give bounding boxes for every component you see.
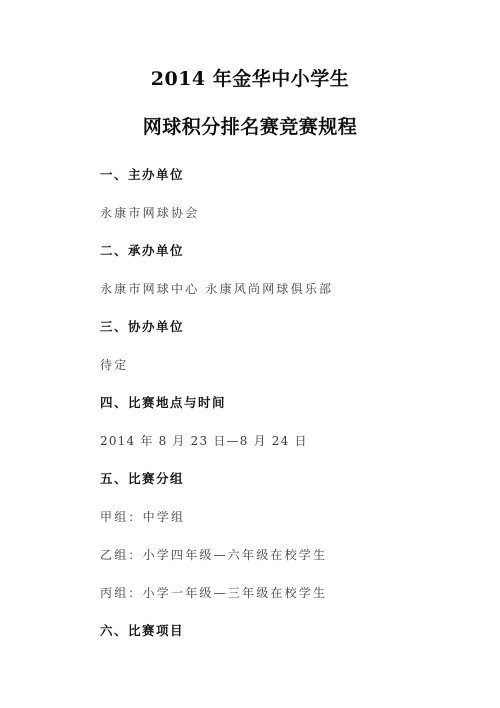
section-text-group-b: 乙组：小学四年级—六年级在校学生 [100, 547, 327, 563]
document-page: 2014 年金华中小学生 网球积分排名赛竞赛规程 一、主办单位 永康市网球协会 … [0, 0, 500, 708]
document-title-line2: 网球积分排名赛竞赛规程 [0, 115, 500, 139]
document-title-line1: 2014 年金华中小学生 [0, 67, 500, 91]
section-heading-host: 二、承办单位 [100, 243, 184, 259]
section-text-organizer: 永康市网球协会 [100, 205, 199, 221]
section-heading-organizer: 一、主办单位 [100, 167, 184, 183]
section-text-group-c: 丙组：小学一年级—三年级在校学生 [100, 585, 327, 601]
section-text-co-organizer: 待定 [100, 357, 128, 373]
section-heading-venue-time: 四、比赛地点与时间 [100, 395, 226, 411]
section-text-group-a: 甲组：中学组 [100, 509, 185, 525]
section-heading-events: 六、比赛项目 [100, 623, 184, 639]
section-heading-co-organizer: 三、协办单位 [100, 319, 184, 335]
section-text-host: 永康市网球中心 永康风尚网球俱乐部 [100, 281, 333, 297]
section-heading-groups: 五、比赛分组 [100, 471, 184, 487]
section-text-date: 2014 年 8 月 23 日—8 月 24 日 [100, 433, 308, 449]
